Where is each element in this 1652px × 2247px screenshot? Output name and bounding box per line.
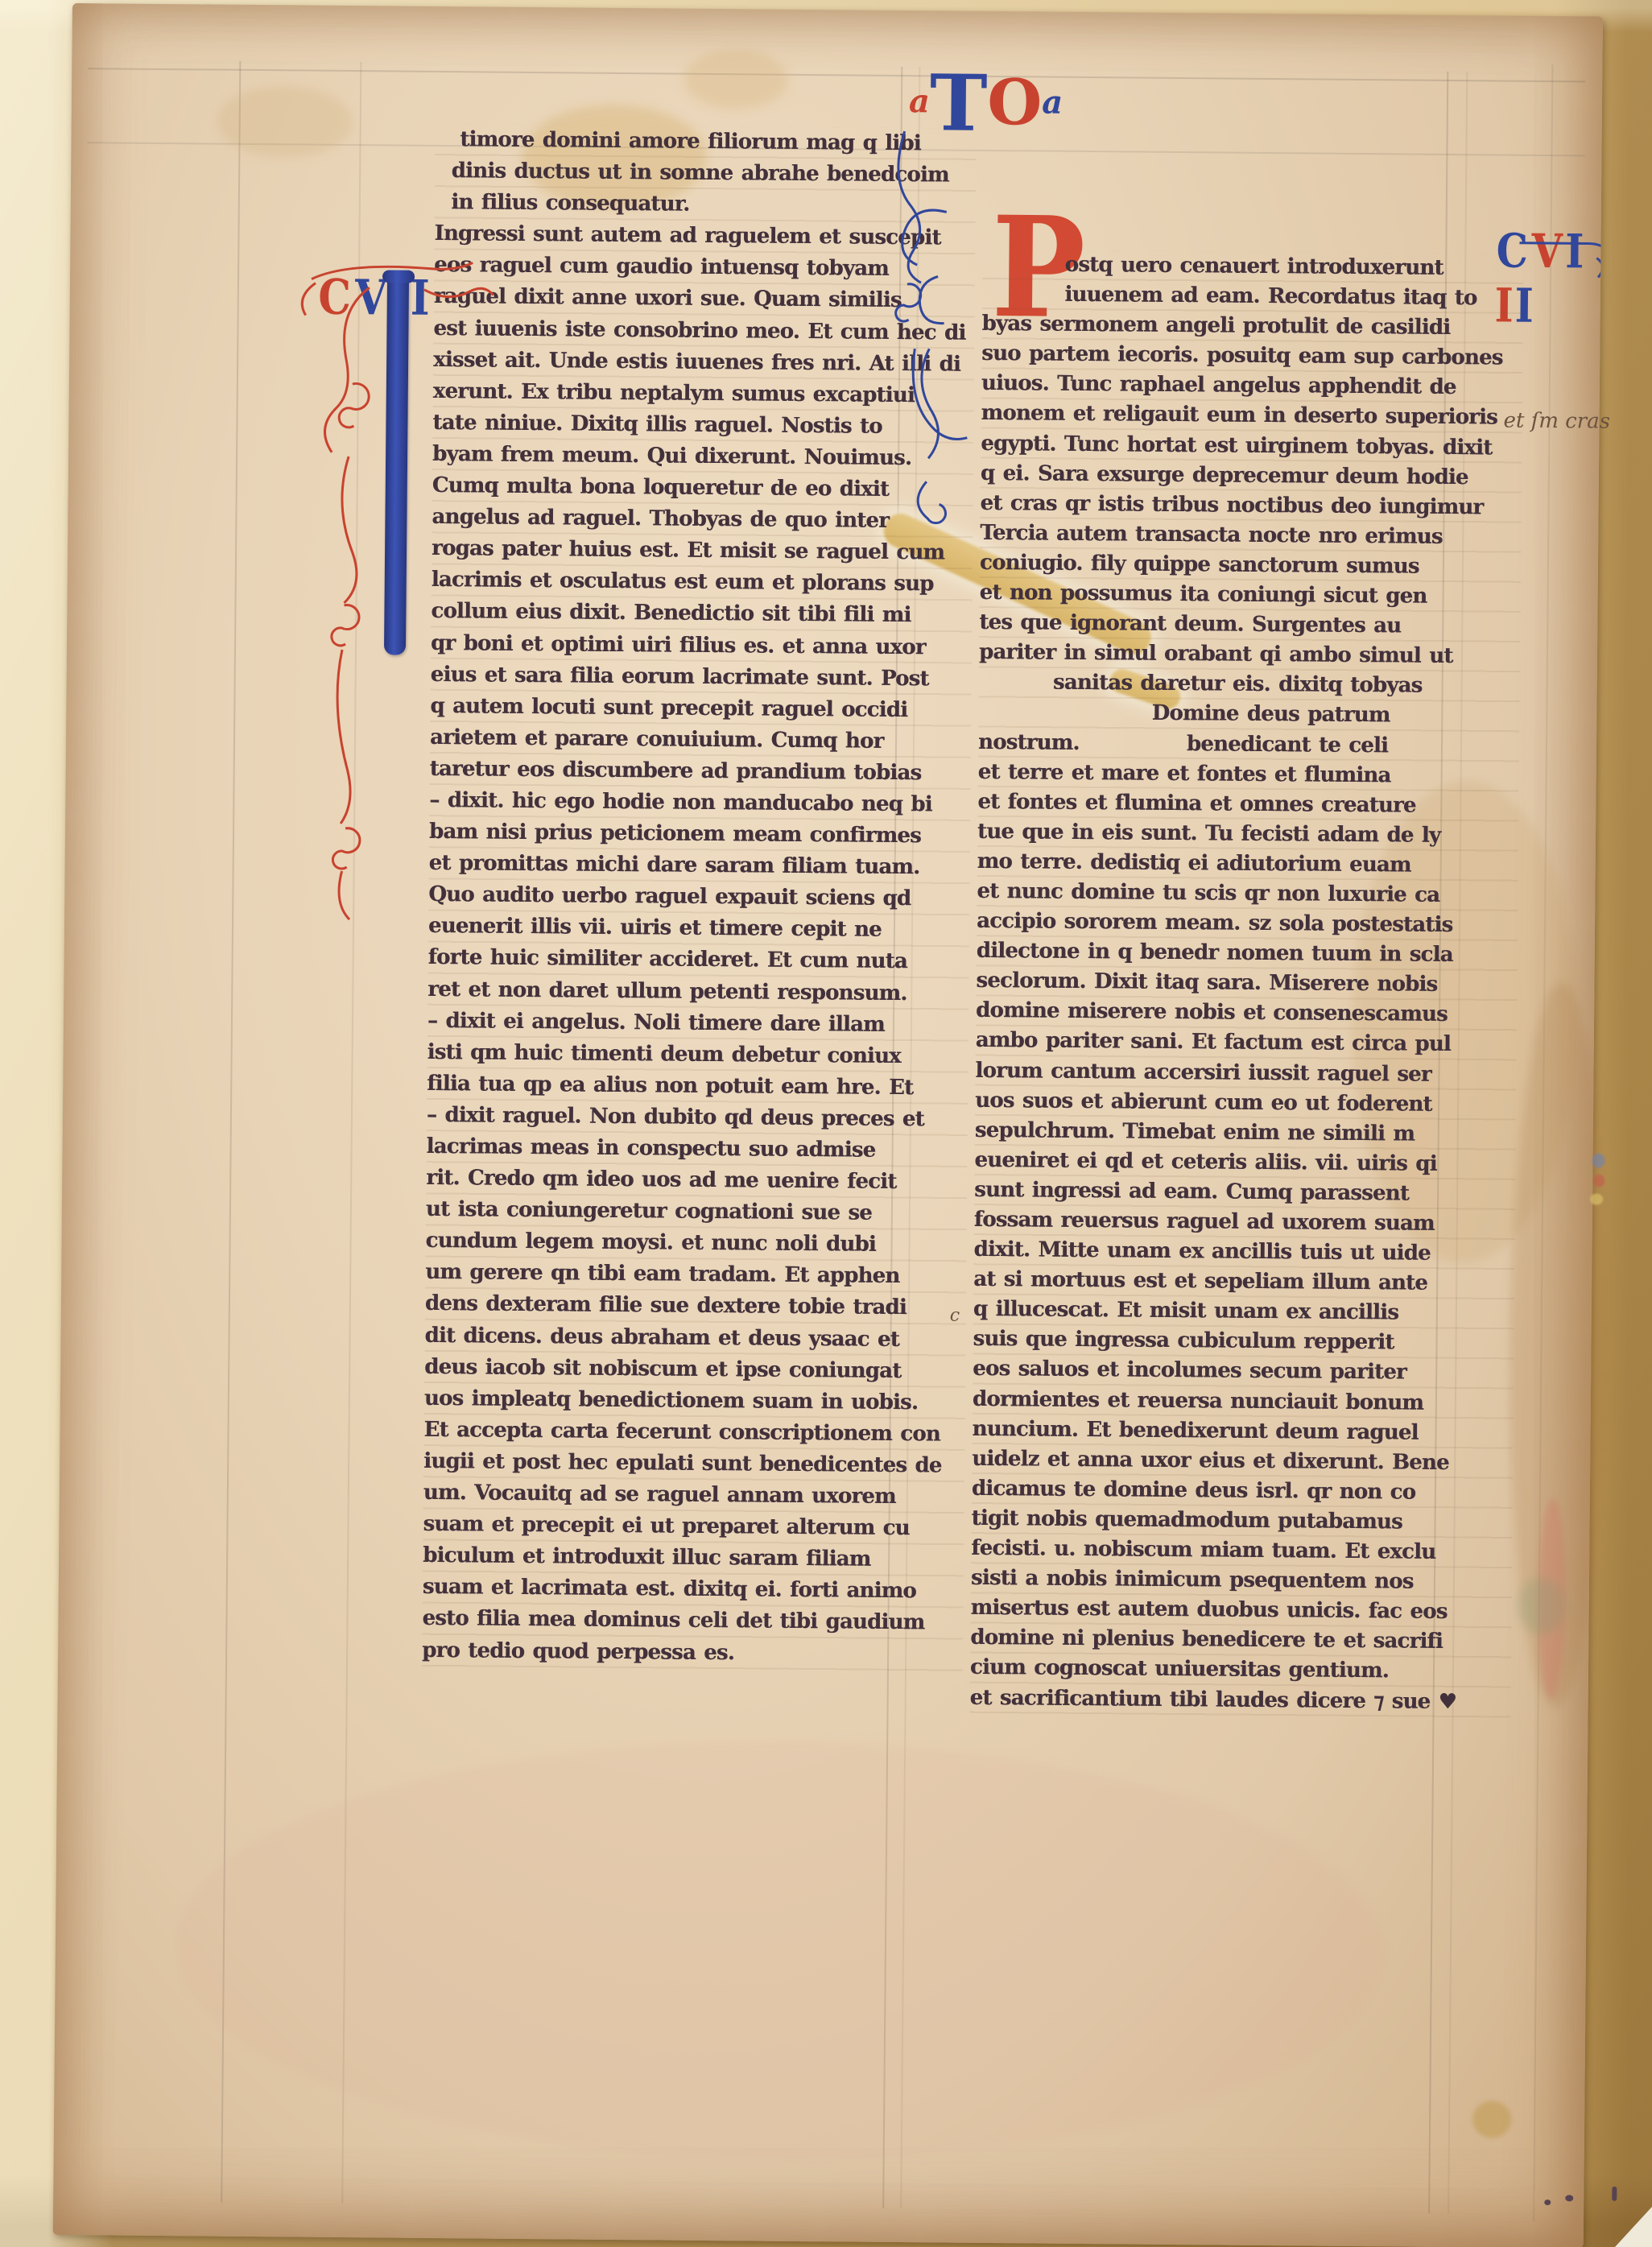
text-line: – dixit ei angelus. Noli timere dare ill… (427, 1006, 968, 1042)
text-line: pariter in simul orabant qi ambo simul u… (979, 638, 1520, 672)
ink-speck (1612, 2187, 1617, 2201)
text-line: dilectone in q benedr nomen tuum in scla (977, 936, 1518, 971)
text-line: Cumq multa bona loqueretur de eo dixit (432, 470, 973, 506)
text-line: qr boni et optimi uiri filius es. et ann… (431, 627, 972, 663)
text-line: et non possumus ita coniungi sicut gen (979, 578, 1520, 613)
text-line: et nunc domine tu scis qr non luxurie ca (977, 877, 1518, 911)
text-line: tue que in eis sunt. Tu fecisti adam de … (977, 817, 1518, 852)
text-line: Quo audito uerbo raguel expauit sciens q… (428, 879, 969, 915)
text-line: at si mortuus est et sepeliam illum ante (973, 1265, 1514, 1299)
text-line: et cras qr istis tribus noctibus deo iun… (980, 489, 1521, 523)
text-line: raguel dixit anne uxori sue. Quam simili… (434, 281, 975, 317)
text-line: nuncium. Et benedixerunt deum raguel (972, 1414, 1513, 1448)
rubric-letter: I (1565, 224, 1583, 279)
text-line: taretur eos discumbere ad prandium tobia… (430, 754, 971, 790)
text-line: egypti. Tunc hortat est uirginem tobyas.… (981, 428, 1522, 463)
text-line: rit. Credo qm ideo uos ad me uenire feci… (426, 1163, 967, 1199)
text-line: q ei. Sara exsurge deprecemur deum hodie (981, 459, 1522, 494)
text-line: accipio sororem meam. sz sola postestati… (977, 907, 1518, 941)
text-line: tigit nobis quemadmodum putabamus (971, 1504, 1512, 1539)
text-line: um gerere qn tibi eam tradam. Et apphen (425, 1257, 966, 1293)
title-flourish-left: a (909, 82, 930, 120)
edge-mark (1592, 1154, 1605, 1168)
text-line: domine miserere nobis et consenescamus (976, 996, 1517, 1031)
text-line: timore domini amore filiorum mag q libi (435, 124, 976, 160)
text-line: forte huic similiter accideret. Et cum n… (427, 942, 968, 978)
text-line: biculum et introduxit illuc saram filiam (423, 1540, 964, 1576)
text-line: coniugio. fily quippe sanctorum sumus (980, 548, 1521, 583)
text-line: iugii et post hec epulati sunt benedicen… (423, 1446, 964, 1482)
parchment-leaf: aTOa CVII CVIII P et ſm cras c timore do… (53, 3, 1603, 2247)
stain (1517, 1578, 1566, 1635)
text-line: pro tedio quod perpessa es. (422, 1634, 963, 1671)
text-line: cundum legem moysi. et nunc noli dubi (425, 1225, 966, 1262)
text-line: et terre et mare et fontes et flumina (978, 757, 1519, 791)
text-line: est iuuenis iste consobrino meo. Et cum … (433, 312, 974, 349)
text-line: – dixit raguel. Non dubito qd deus prece… (427, 1100, 968, 1136)
stain (1472, 2100, 1511, 2138)
text-line: uidelz et anna uxor eius et dixerunt. Be… (972, 1444, 1513, 1479)
text-line: lacrimis et osculatus est eum et plorans… (432, 564, 973, 601)
stain (175, 1735, 1386, 2164)
manuscript-photo: aTOa CVII CVIII P et ſm cras c timore do… (0, 0, 1652, 2247)
text-line: ut ista coniungeretur cognationi sue se (426, 1194, 967, 1230)
text-line: sunt ingressi ad eam. Cumq parassent (974, 1175, 1515, 1210)
text-line: Tercia autem transacta nocte nro erimus (980, 518, 1521, 553)
text-line: xerunt. Ex tribu neptalym sumus excaptiu… (433, 376, 974, 412)
text-column-left: timore domini amore filiorum mag q libi … (422, 124, 977, 1671)
text-line: tes que ignorant deum. Surgentes au (979, 608, 1520, 642)
text-line: byam frem meum. Qui dixerunt. Nouimus. (432, 439, 973, 475)
text-line: nostrum. benedicant te celi (978, 727, 1519, 762)
text-line: Ingressi sunt autem ad raguelem et susce… (434, 218, 975, 254)
stain (684, 49, 789, 110)
text-line: uos impleatq benedictionem suam in uobis… (424, 1383, 965, 1419)
text-line: q autem locuti sunt precepit raguel occi… (430, 691, 971, 727)
text-line: rogas pater huius est. Et misit se rague… (432, 533, 973, 569)
ruling-line (88, 68, 1585, 82)
text-line: cium cognoscat uniuersitas gentium. (970, 1653, 1511, 1687)
text-line: dormientes et reuersa nunciauit bonum (973, 1384, 1514, 1419)
text-line: suam et lacrimata est. dixitq ei. forti … (423, 1572, 964, 1608)
text-line: fecisti. u. nobiscum miam tuam. Et exclu (971, 1534, 1512, 1568)
rubric-letter: V (355, 270, 386, 326)
text-line: ret et non daret ullum petenti responsum… (427, 973, 968, 1010)
text-line: ambo pariter sani. Et factum est circa p… (976, 1026, 1517, 1060)
text-line: sanitas daretur eis. dixitq tobyas (979, 667, 1520, 702)
text-line: et sacrificantium tibi laudes dicere ⁊ s… (970, 1683, 1511, 1717)
text-line: in filius consequatur. (435, 187, 976, 223)
text-line: mo terre. dedistiq ei adiutorium euam (977, 847, 1518, 882)
text-line: lacrimas meas in conspectu suo admise (426, 1131, 967, 1167)
text-line: dixit. Mitte unam ex ancillis tuis ut ui… (973, 1235, 1514, 1270)
text-line: – dixit. hic ego hodie non manducabo neq… (429, 785, 970, 821)
ink-speck (1565, 2195, 1573, 2201)
text-line: domine ni plenius benedicere te et sacri… (970, 1623, 1511, 1658)
text-line: um. Vocauitq ad se raguel annam uxorem (423, 1477, 964, 1514)
text-line: deus iacob sit nobiscum et ipse coniunga… (424, 1352, 965, 1388)
text-line: iuuenem ad eam. Recordatus itaq to (982, 279, 1523, 314)
text-line: fossam reuersus raguel ad uxorem suam (974, 1205, 1515, 1240)
text-line: uos suos et abierunt cum eo ut foderent (975, 1085, 1516, 1120)
text-line: monem et religauit eum in deserto superi… (981, 399, 1522, 433)
text-line: eos raguel cum gaudio intuensq tobyam (434, 250, 975, 286)
text-line: arietem et parare conuiuium. Cumq hor (430, 722, 971, 758)
text-line: isti qm huic timenti deum debetur coniux (427, 1037, 968, 1073)
text-line: collum eius dixit. Benedictio sit tibi f… (431, 596, 972, 632)
text-line: misertus est autem duobus unicis. fac eo… (970, 1593, 1511, 1628)
text-line: suis que ingressa cubiculum repperit (973, 1324, 1514, 1359)
rubric-letter: C (318, 270, 350, 326)
text-line: Domine deus patrum (978, 697, 1519, 732)
text-line: Et accepta carta fecerunt conscriptionem… (423, 1415, 964, 1451)
rubric-letter: O (987, 66, 1043, 140)
text-line: eius et sara filia eorum lacrimate sunt.… (431, 659, 972, 696)
text-line: suo partem iecoris. posuitq eam sup carb… (981, 339, 1522, 374)
text-line: esto filia mea dominus celi det tibi gau… (422, 1603, 963, 1639)
text-line: uiuos. Tunc raphael angelus apphendit de (981, 369, 1522, 403)
text-line: byas sermonem angeli protulit de casilid… (981, 309, 1522, 344)
text-line: xisset ait. Unde estis iuuenes fres nri.… (433, 345, 974, 381)
text-line: tate niniue. Dixitq illis raguel. Nostis… (432, 407, 973, 444)
text-line: et fontes et flumina et omnes creature (977, 787, 1518, 822)
text-line: seclorum. Dixit itaq sara. Miserere nobi… (976, 966, 1517, 1001)
title-flourish-right: a (1042, 84, 1063, 122)
rubric-letter: V (1531, 224, 1561, 279)
text-column-right: ostq uero cenauert introduxerunt iuuenem… (970, 250, 1524, 1717)
text-line: bam nisi prius peticionem meam confirmes (429, 816, 970, 853)
text-line: ostq uero cenauert introduxerunt (982, 250, 1523, 284)
edge-mark (1590, 1194, 1603, 1205)
text-line: eos saluos et incolumes secum pariter (973, 1354, 1514, 1389)
text-line: suam et precepit ei ut preparet alterum … (423, 1509, 964, 1545)
decorated-initial-i (384, 273, 409, 655)
text-line: dicamus te domine deus isrl. qr non co (972, 1474, 1513, 1509)
text-line: sisti a nobis inimicum psequentem nos (971, 1563, 1512, 1598)
text-line: dinis ductus ut in somne abrahe benedcoi… (435, 155, 976, 192)
ink-speck (1544, 2199, 1551, 2205)
text-line: filia tua qp ea alius non potuit eam hre… (427, 1068, 968, 1105)
edge-mark (1593, 1175, 1605, 1188)
text-line: lorum cantum accersiri iussit raguel ser (975, 1055, 1516, 1090)
text-line: sepulchrum. Timebat enim ne simili m (975, 1116, 1516, 1150)
text-line: et promittas michi dare saram filiam tua… (429, 848, 970, 884)
text-line: eueniret ei qd et ceteris aliis. vii. ui… (974, 1146, 1515, 1180)
stain (216, 85, 353, 159)
text-line: euenerit illis vii. uiris et timere cepi… (428, 911, 969, 947)
text-line: q illucescat. Et misit unam ex ancillis (973, 1295, 1514, 1329)
text-line: dens dexteram filie sue dextere tobie tr… (425, 1288, 966, 1324)
text-line: dit dicens. deus abraham et deus ysaac e… (424, 1320, 965, 1356)
text-line: angelus ad raguel. Thobyas de quo inter (432, 502, 973, 538)
